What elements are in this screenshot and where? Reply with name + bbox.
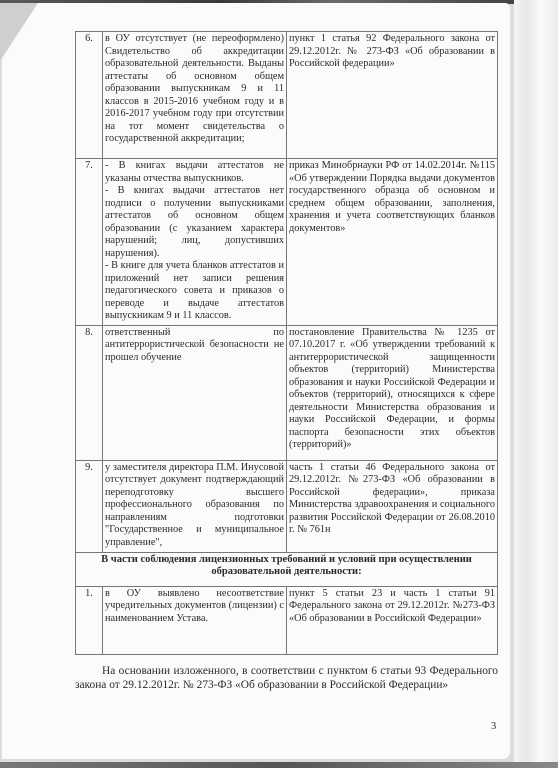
section-heading: В части соблюдения лицензионных требован… bbox=[76, 552, 498, 586]
scanner-background-right bbox=[514, 0, 558, 768]
row-number: 8. bbox=[76, 325, 103, 460]
law-reference-cell: пункт 1 статья 92 Федерального закона от… bbox=[287, 32, 498, 159]
table-row: 8. ответственный по антитеррористической… bbox=[76, 325, 498, 460]
violations-table: 6. в ОУ отсутствует (не переоформлено) С… bbox=[75, 31, 498, 655]
row-number: 9. bbox=[76, 460, 103, 552]
violation-cell: у заместителя директора П.М. Инусовой от… bbox=[103, 460, 287, 552]
table-row: 6. в ОУ отсутствует (не переоформлено) С… bbox=[76, 32, 498, 159]
violation-item: - В книгах выдачи аттестатов не указаны … bbox=[105, 160, 284, 185]
row-number: 7. bbox=[76, 159, 103, 326]
table-row: 7. - В книгах выдачи аттестатов не указа… bbox=[76, 159, 498, 326]
table-row: 9. у заместителя директора П.М. Инусовой… bbox=[76, 460, 498, 552]
page-corner-fold bbox=[0, 3, 38, 61]
law-reference-cell: приказ Минобрнауки РФ от 14.02.2014г. №1… bbox=[287, 159, 498, 326]
law-reference-cell: постановление Правительства № 1235 от 07… bbox=[287, 325, 498, 460]
row-number: 1. bbox=[76, 586, 103, 654]
violation-cell: в ОУ отсутствует (не переоформлено) Свид… bbox=[103, 32, 287, 159]
conclusion-paragraph: На основании изложенного, в соответствии… bbox=[75, 664, 498, 692]
violation-item: - В книгах выдачи аттестатов нет подписи… bbox=[105, 185, 284, 260]
violation-item: - В книге для учета бланков аттестатов и… bbox=[105, 260, 284, 323]
law-reference-cell: часть 1 статьи 46 Федерального закона от… bbox=[287, 460, 498, 552]
row-number: 6. bbox=[76, 32, 103, 159]
section-heading-row: В части соблюдения лицензионных требован… bbox=[76, 552, 498, 586]
violation-cell: - В книгах выдачи аттестатов не указаны … bbox=[103, 159, 287, 326]
violation-cell: в ОУ выявлено несоответствие учредительн… bbox=[103, 586, 287, 654]
page-number: 3 bbox=[491, 721, 496, 732]
violation-cell: ответственный по антитеррористической бе… bbox=[103, 325, 287, 460]
law-reference-cell: пункт 5 статьи 23 и часть 1 статьи 91 Фе… bbox=[287, 586, 498, 654]
violation-text: у заместителя директора П.М. Инусовой от… bbox=[105, 462, 284, 550]
scanner-edge-bottom bbox=[0, 762, 558, 768]
table-row: 1. в ОУ выявлено несоответствие учредите… bbox=[76, 586, 498, 654]
